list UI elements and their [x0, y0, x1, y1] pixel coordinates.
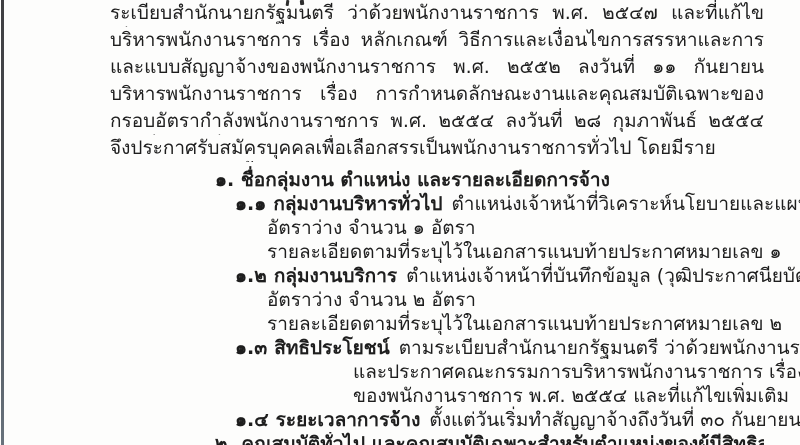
item-label: กลุ่มงานบริการ [274, 265, 397, 287]
item-text: ตั้งแต่วันเริ่มทำสัญญาจ้างถึงวันที่ ๓๐ ก… [429, 409, 800, 431]
item-number: ๑.๑ [235, 193, 266, 215]
item-1-3-continuation: ของพนักงานราชการ พ.ศ. ๒๕๕๔ และที่แก้ไขเพ… [353, 384, 764, 408]
item-number: ๑.๓ [235, 337, 267, 359]
intro-line: จึงประกาศรับสมัครบุคคลเพื่อเลือกสรรเป็นพ… [110, 135, 764, 162]
item-label: ระยะเวลาการจ้าง [276, 409, 421, 431]
item-number: ๑.๒ [235, 265, 267, 287]
intro-line: บริหารพนักงานราชการ เรื่อง การกำหนดลักษณ… [110, 81, 764, 108]
item-1-1-detail: รายละเอียดตามที่ระบุไว้ในเอกสารแนบท้ายปร… [267, 240, 764, 264]
intro-line: ระเบียบสำนักนายกรัฐมนตรี ว่าด้วยพนักงานร… [110, 0, 764, 27]
intro-line: กรอบอัตรากำลังพนักงานราชการ พ.ศ. ๒๕๕๔ ลง… [110, 108, 764, 135]
item-1-3-heading: ๑.๓สิทธิประโยชน์ตามระเบียบสำนักนายกรัฐมน… [235, 336, 764, 360]
item-1-2-vacancy: อัตราว่าง จำนวน ๒ อัตรา [267, 288, 764, 312]
bottom-cut-off-line: ๒. คุณสมบัติทั่วไป และคุณสมบัติเฉพาะสำหร… [215, 432, 764, 445]
item-text: ตำแหน่งเจ้าหน้าที่บันทึกข้อมูล (วุฒิประก… [406, 265, 800, 287]
item-text: ตำแหน่งเจ้าหน้าที่วิเคราะห์นโยบายและแผน … [451, 193, 800, 215]
item-text: ตามระเบียบสำนักนายกรัฐมนตรี ว่าด้วยพนักง… [399, 337, 800, 359]
item-number: ๑.๔ [235, 409, 269, 431]
item-1-1-heading: ๑.๑กลุ่มงานบริหารทั่วไปตำแหน่งเจ้าหน้าที… [235, 192, 764, 216]
intro-line: บริหารพนักงานราชการ เรื่อง หลักเกณฑ์ วิธ… [110, 27, 764, 54]
document-body: ระเบียบสำนักนายกรัฐมนตรี ว่าด้วยพนักงานร… [110, 0, 764, 445]
section-1-heading: ๑. ชื่อกลุ่มงาน ตำแหน่ง และรายละเอียดการ… [215, 168, 764, 192]
intro-line: และแบบสัญญาจ้างของพนักงานราชการ พ.ศ. ๒๕๕… [110, 54, 764, 81]
item-1-4-heading: ๑.๔ระยะเวลาการจ้างตั้งแต่วันเริ่มทำสัญญา… [235, 408, 764, 432]
item-1-2-heading: ๑.๒กลุ่มงานบริการตำแหน่งเจ้าหน้าที่บันทึ… [235, 264, 764, 288]
item-label: สิทธิประโยชน์ [274, 337, 389, 359]
item-1-3-continuation: และประกาศคณะกรรมการบริหารพนักงานราชการ เ… [353, 360, 764, 384]
item-1-1-vacancy: อัตราว่าง จำนวน ๑ อัตรา [267, 216, 764, 240]
item-label: กลุ่มงานบริหารทั่วไป [273, 193, 442, 215]
scan-page-edge [1, 0, 4, 445]
item-1-2-detail: รายละเอียดตามที่ระบุไว้ในเอกสารแนบท้ายปร… [267, 312, 764, 336]
scanned-document-page: ระเบียบสำนักนายกรัฐมนตรี ว่าด้วยพนักงานร… [0, 0, 800, 445]
